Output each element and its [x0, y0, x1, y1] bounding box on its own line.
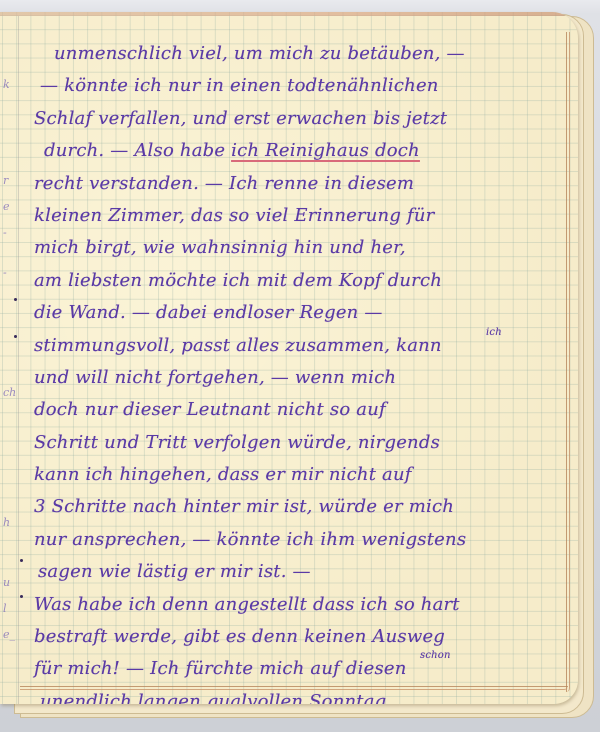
underlined-phrase: ich Reinighaus doch: [231, 140, 420, 161]
text-line: Was habe ich denn angestellt dass ich so…: [34, 589, 554, 621]
text-line: stimmungsvoll, passt alles zusammen, kan…: [34, 330, 554, 362]
margin-note: -: [3, 266, 7, 279]
margin-note: r: [3, 174, 8, 187]
left-margin-notes: k r e - - ch h u l e_: [0, 12, 18, 704]
text-line: nur ansprechen, — könnte ich ihm wenigst…: [34, 524, 554, 556]
text-line: am liebsten möchte ich mit dem Kopf durc…: [34, 265, 554, 297]
left-margin-fold: [18, 16, 19, 704]
margin-note: e: [3, 200, 10, 213]
text-line: unmenschlich viel, um mich zu betäuben, …: [34, 38, 554, 70]
text-line-underlined: durch. — Also habe ich Reinighaus doch: [34, 135, 554, 167]
text-line: doch nur dieser Leutnant nicht so auf: [34, 394, 554, 426]
text-line: die Wand. — dabei endloser Regen —: [34, 297, 554, 329]
notebook-page: k r e - - ch h u l e_ unmenschlich viel,…: [0, 12, 578, 704]
margin-dot: [14, 298, 17, 301]
text-line: 3 Schritte nach hinter mir ist, würde er…: [34, 491, 554, 523]
text-line: durch. — Also habe ich Reinighaus doch: [44, 140, 420, 161]
margin-note: k: [3, 78, 10, 91]
margin-note: h: [3, 516, 10, 529]
margin-note: l: [3, 602, 7, 615]
interlinear-insertion: schon: [420, 651, 451, 661]
text-line: Schritt und Tritt verfolgen würde, nirge…: [34, 427, 554, 459]
text-line: recht verstanden. — Ich renne in diesem: [34, 168, 554, 200]
text-line: sagen wie lästig er mir ist. —: [34, 556, 554, 588]
margin-note: ch: [3, 386, 16, 399]
text-line: kleinen Zimmer, das so viel Erinnerung f…: [34, 200, 554, 232]
interlinear-insertion: ich: [486, 328, 502, 338]
text-line: Schlaf verfallen, und erst erwachen bis …: [34, 103, 554, 135]
page-top-edge: [0, 12, 578, 16]
margin-note: e_: [3, 628, 15, 641]
text-line-content: stimmungsvoll, passt alles zusammen, kan…: [34, 335, 442, 356]
text-line-content: für mich! — Ich fürchte mich auf diesen: [34, 658, 407, 679]
text-line: und will nicht fortgehen, — wenn mich: [34, 362, 554, 394]
text-line: — könnte ich nur in einen todtenähnliche…: [34, 70, 554, 102]
text-line: unendlich langen qualvollen Sonntag.: [34, 686, 554, 704]
margin-note: -: [3, 226, 7, 239]
right-border-rule: [566, 32, 570, 692]
text-line: für mich! — Ich fürchte mich auf diesen …: [34, 653, 554, 685]
text-line: kann ich hingehen, dass er mir nicht auf: [34, 459, 554, 491]
scanned-notebook-page: k r e - - ch h u l e_ unmenschlich viel,…: [0, 0, 600, 732]
text-line: bestraft werde, gibt es denn keinen Ausw…: [34, 621, 554, 653]
text-line: mich birgt, wie wahnsinnig hin und her,: [34, 232, 554, 264]
margin-dot: [14, 335, 17, 338]
margin-dot: [20, 559, 23, 562]
margin-dot: [20, 595, 23, 598]
margin-note: u: [3, 576, 10, 589]
handwritten-text: unmenschlich viel, um mich zu betäuben, …: [34, 38, 554, 704]
